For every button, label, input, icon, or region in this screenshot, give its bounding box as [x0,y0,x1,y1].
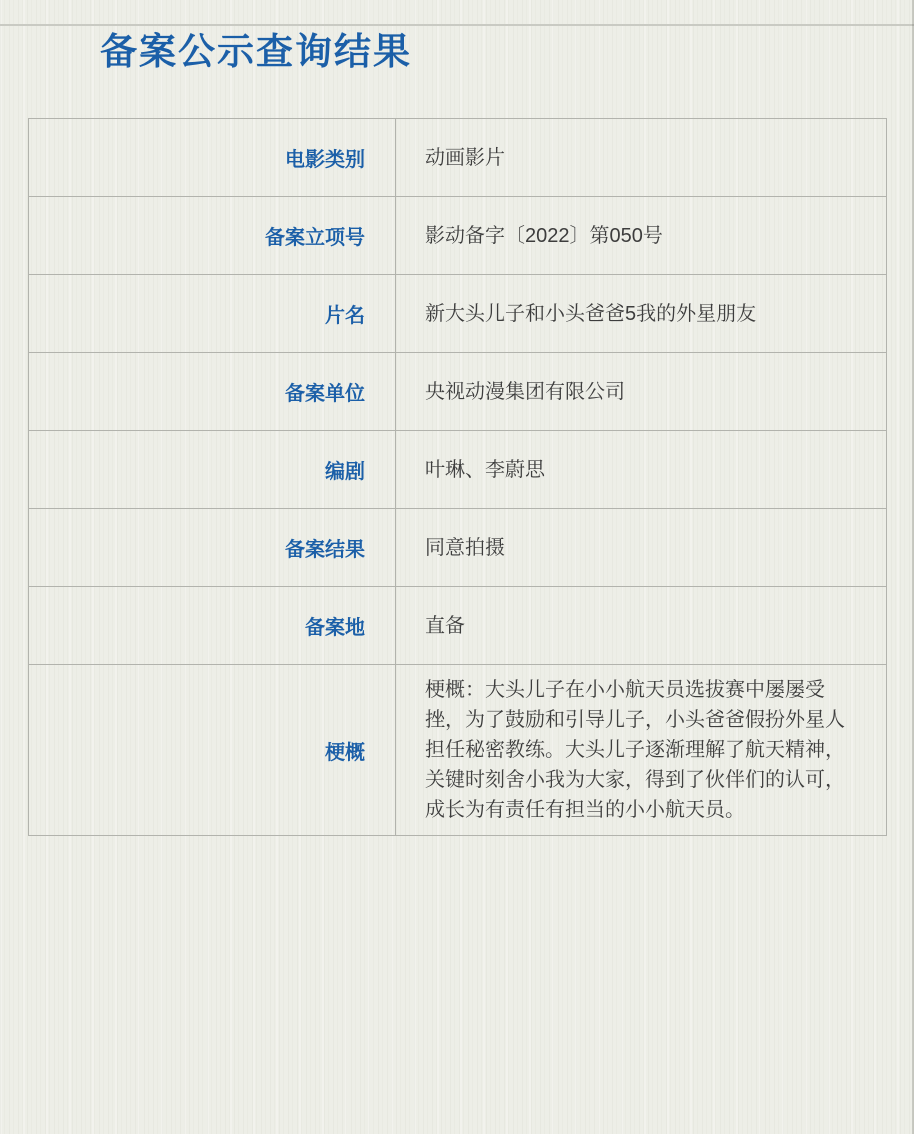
row-value: 梗概：大头儿子在小小航天员选拔赛中屡屡受挫，为了鼓励和引导儿子，小头爸爸假扮外星… [396,665,887,836]
table-row: 片名 新大头儿子和小头爸爸5我的外星朋友 [29,275,887,353]
row-label: 梗概 [29,665,396,836]
row-label: 编剧 [29,431,396,509]
row-value: 直备 [396,587,887,665]
row-value: 叶琳、李蔚思 [396,431,887,509]
table-row: 梗概 梗概：大头儿子在小小航天员选拔赛中屡屡受挫，为了鼓励和引导儿子，小头爸爸假… [29,665,887,836]
table-row: 备案结果 同意拍摄 [29,509,887,587]
row-value: 新大头儿子和小头爸爸5我的外星朋友 [396,275,887,353]
row-label: 备案立项号 [29,197,396,275]
table-row: 备案单位 央视动漫集团有限公司 [29,353,887,431]
table-row: 备案立项号 影动备字〔2022〕第050号 [29,197,887,275]
row-label: 电影类别 [29,119,396,197]
page-title: 备案公示查询结果 [100,30,412,74]
table-row: 备案地 直备 [29,587,887,665]
top-divider [0,24,914,26]
row-label: 备案地 [29,587,396,665]
row-label: 备案结果 [29,509,396,587]
row-label: 片名 [29,275,396,353]
page: { "page": { "title": "备案公示查询结果", "backgr… [0,0,914,1134]
row-value: 动画影片 [396,119,887,197]
row-value: 同意拍摄 [396,509,887,587]
table-row: 电影类别 动画影片 [29,119,887,197]
row-label: 备案单位 [29,353,396,431]
row-value: 影动备字〔2022〕第050号 [396,197,887,275]
filing-table: 电影类别 动画影片 备案立项号 影动备字〔2022〕第050号 片名 新大头儿子… [28,118,887,836]
row-value: 央视动漫集团有限公司 [396,353,887,431]
filing-table-body: 电影类别 动画影片 备案立项号 影动备字〔2022〕第050号 片名 新大头儿子… [29,119,887,836]
table-row: 编剧 叶琳、李蔚思 [29,431,887,509]
